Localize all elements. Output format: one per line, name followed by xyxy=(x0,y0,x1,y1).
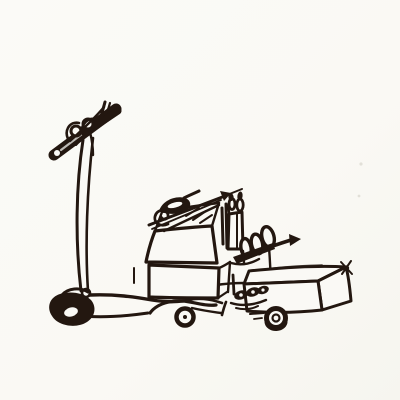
mid-wheel xyxy=(177,309,194,326)
upright-board xyxy=(222,191,243,249)
crate-wheel xyxy=(266,309,286,330)
scooter-cargo-sketch xyxy=(0,0,400,400)
paper-specks xyxy=(358,162,363,197)
sketch-canvas xyxy=(0,0,400,400)
lower-box xyxy=(134,262,230,298)
